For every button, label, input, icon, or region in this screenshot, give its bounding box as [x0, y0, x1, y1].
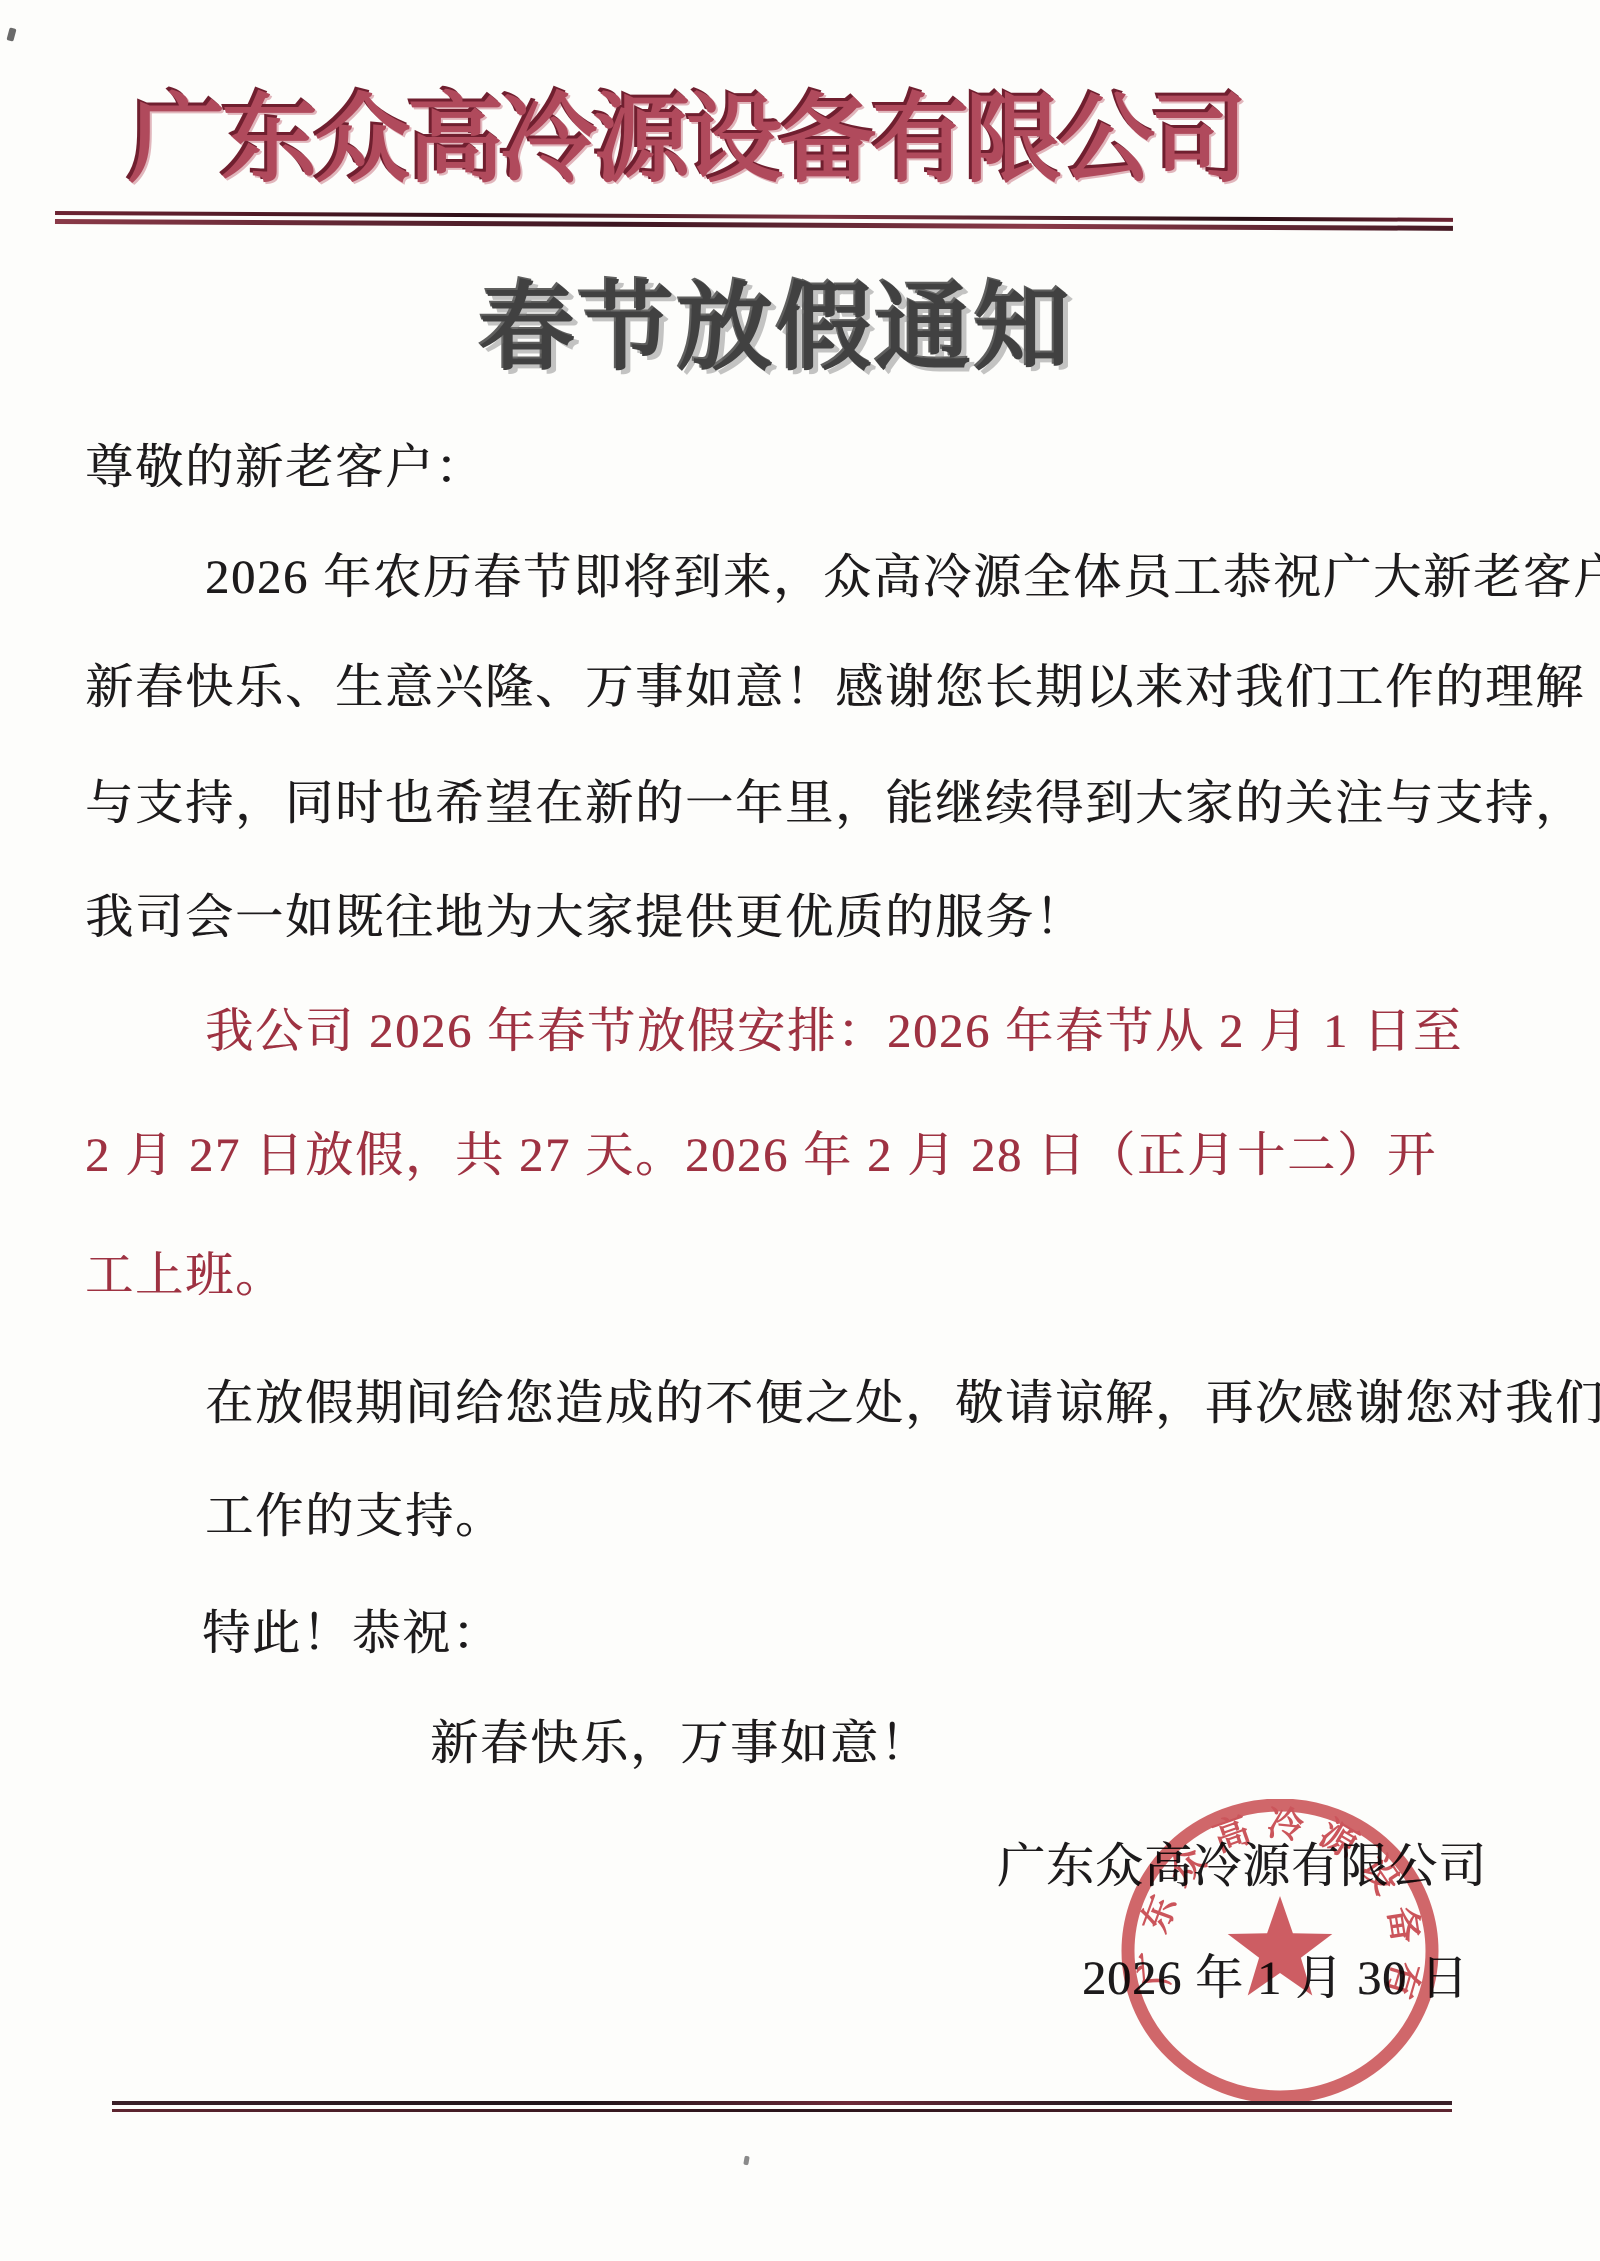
closing-intro-line: 特此！恭祝： — [202, 1606, 502, 1661]
seal-star-icon — [1228, 1896, 1333, 1996]
scan-speck — [743, 2156, 749, 2166]
letterhead-company-name: 广东众高冷源设备有限公司 — [128, 88, 1244, 195]
body-line: 我司会一如既往地为大家提供更优质的服务！ — [85, 890, 1085, 945]
holiday-schedule-line: 我公司 2026 年春节放假安排：2026 年春节从 2 月 1 日至 — [205, 1004, 1463, 1059]
holiday-schedule-line: 2 月 27 日放假，共 27 天。2026 年 2 月 28 日（正月十二）开 — [85, 1128, 1437, 1183]
rule-line — [112, 2109, 1452, 2112]
notice-title: 春节放假通知 — [479, 276, 1073, 382]
body-line: 新春快乐、生意兴隆、万事如意！感谢您长期以来对我们工作的理解 — [85, 660, 1585, 715]
body-line: 在放假期间给您造成的不便之处，敬请谅解，再次感谢您对我们 — [205, 1376, 1600, 1431]
seal-ring-text: 广东众高冷源设备有限公司 — [1112, 1799, 1428, 2016]
scanned-notice-page: 广东众高冷源设备有限公司 春节放假通知 尊敬的新老客户： 2026 年农历春节即… — [0, 0, 1600, 2261]
body-line: 2026 年农历春节即将到来，众高冷源全体员工恭祝广大新老客户， — [205, 550, 1600, 605]
greeting-line: 新春快乐，万事如意！ — [430, 1716, 930, 1771]
body-line: 与支持，同时也希望在新的一年里，能继续得到大家的关注与支持， — [85, 776, 1585, 831]
holiday-schedule-line: 工上班。 — [85, 1248, 285, 1303]
salutation-line: 尊敬的新老客户： — [85, 440, 485, 495]
body-line: 工作的支持。 — [205, 1489, 505, 1544]
scan-speck — [6, 27, 16, 41]
footer-double-rule — [112, 2101, 1452, 2112]
company-seal-stamp: 广东众高冷源设备有限公司 — [1112, 1799, 1452, 2109]
letterhead-double-rule — [55, 211, 1453, 231]
